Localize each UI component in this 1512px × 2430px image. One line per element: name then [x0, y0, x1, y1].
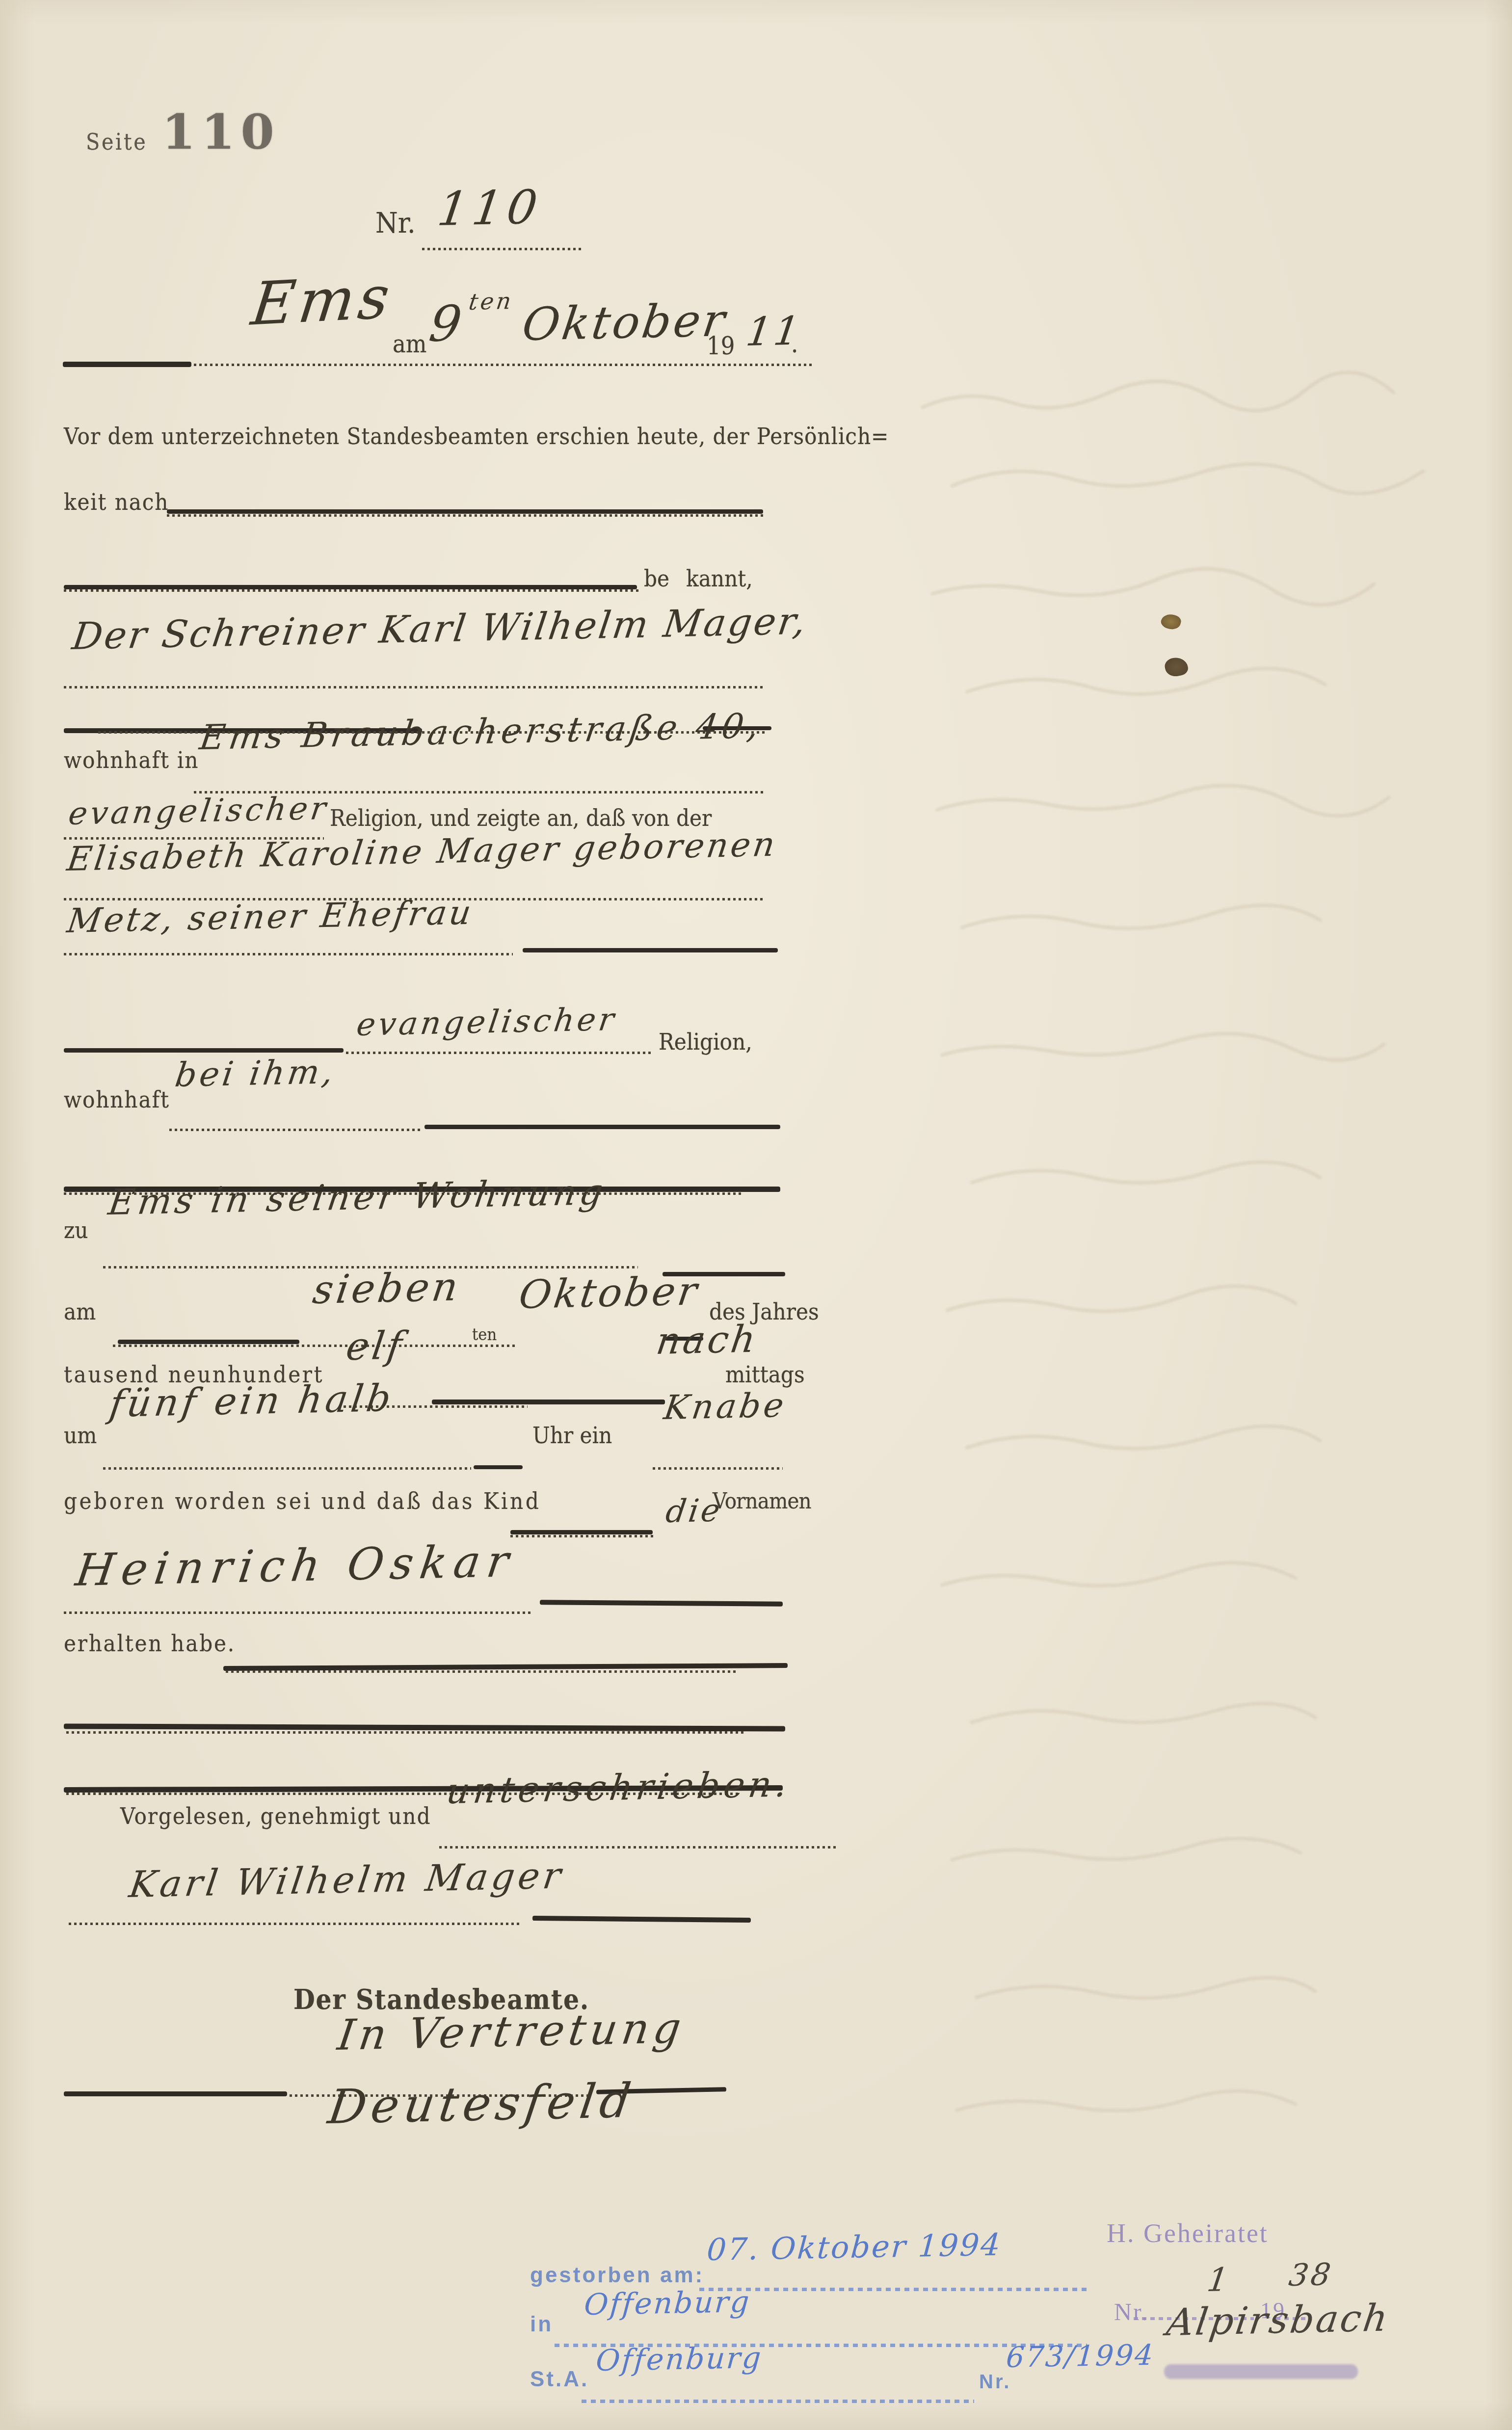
birthplace-entry: Ems in seiner Wohnung — [106, 1171, 609, 1223]
declarant-signature: Karl Wilhelm Mager — [127, 1854, 567, 1906]
dateline-period: . — [791, 330, 798, 358]
mother-line2-rule-bold — [523, 948, 778, 952]
daytime-entry: nach — [654, 1317, 761, 1363]
death-stamp-in-label: in — [530, 2312, 553, 2337]
ink-blot-large — [1164, 656, 1190, 679]
year-rule-bold — [432, 1400, 665, 1404]
child-label: geboren worden sei und daß das Kind — [64, 1488, 541, 1515]
child-sex-dotted — [653, 1467, 783, 1470]
known-word: kannt, — [686, 565, 753, 592]
received-rule-bold — [223, 1663, 788, 1671]
religion2-label: Religion, — [659, 1029, 752, 1056]
declarant-signature-rule — [532, 1916, 751, 1923]
read-approved-label: Vorgelesen, genehmigt und — [120, 1803, 431, 1830]
dateline-month: Oktober — [519, 294, 730, 351]
given-names-dotted — [64, 1611, 532, 1614]
record-number-underline — [422, 248, 582, 250]
time-um-label: um — [64, 1422, 97, 1449]
birthdate-day-entry: sieben — [310, 1264, 464, 1313]
marriage-stamp-nr-label: Nr. — [1114, 2298, 1149, 2326]
known-rule-bold — [64, 585, 637, 589]
known-rule-dotted — [64, 589, 639, 592]
death-stamp-in-value: Offenburg — [583, 2285, 752, 2322]
marriage-stamp-year-value: 38 — [1287, 2256, 1335, 2293]
death-stamp-office-value: Offenburg — [595, 2341, 764, 2378]
mother-entry-line2: Metz, seiner Ehefrau — [65, 893, 476, 941]
identity-rule-dotted — [167, 514, 765, 517]
dateline-am-label: am — [393, 330, 427, 358]
form-intro-line2: keit nach — [64, 489, 169, 516]
declarant-underline — [64, 686, 766, 688]
birthdate-year-entry: elf — [344, 1323, 407, 1369]
time-rule-bold — [474, 1465, 523, 1469]
blank-line-1-dotted — [66, 1731, 743, 1734]
religion2-rule-bold — [64, 1048, 344, 1053]
child-rule-dotted — [510, 1535, 655, 1537]
declarant-signature-dotted — [69, 1923, 520, 1925]
record-number-label: Nr. — [375, 206, 415, 239]
record-number-value: 110 — [434, 180, 545, 237]
child-sex-entry: Knabe — [662, 1386, 789, 1427]
marriage-stamp-title: H. Geheiratet — [1107, 2218, 1269, 2248]
death-stamp-line1-dotted — [699, 2288, 1087, 2291]
birthdate-dotted — [113, 1345, 515, 1347]
mother-entry-line1: Elisabeth Karoline Mager geborenen — [65, 825, 779, 879]
residence2-entry: bei ihm, — [173, 1053, 339, 1095]
blank-line-1 — [64, 1723, 785, 1731]
deputy-rule-bold-left — [64, 2091, 287, 2096]
dateline-year-printed: 19 — [707, 332, 735, 360]
page-label: Seite — [86, 129, 147, 155]
religion2-rule-dotted — [346, 1052, 653, 1054]
death-stamp-line3-dotted — [582, 2400, 974, 2403]
declarant-entry: Der Schreiner Karl Wilhelm Mager, — [70, 599, 811, 658]
mother-line2-underline — [64, 953, 513, 955]
registry-document-page: Seite 110 Nr. 110 Ems am 9 ten Oktober 1… — [0, 0, 1512, 2430]
time-dotted — [103, 1467, 471, 1470]
residence-entry: Ems Braubacherstraße 40, — [197, 706, 765, 758]
dateline-day: 9 — [426, 294, 468, 353]
birthdate-rule-bold — [118, 1340, 299, 1344]
time-uhr-label: Uhr ein — [532, 1422, 612, 1449]
birthdate-day-suffix: ten — [472, 1325, 497, 1345]
dateline-day-suffix: ten — [467, 288, 515, 315]
residence2-label: wohnhaft — [64, 1086, 170, 1113]
religion2-entry: evangelischer — [354, 1002, 619, 1043]
page-number-stamp: 110 — [162, 104, 280, 160]
birthdate-month-entry: Oktober — [516, 1268, 702, 1318]
identity-rule-bold — [167, 509, 763, 514]
registrar-signature: Deutesfeld — [325, 2073, 639, 2135]
death-stamp-died-value: 07. Oktober 1994 — [706, 2226, 1003, 2268]
residence-label: wohnhaft in — [64, 747, 199, 774]
read-approved-dotted — [439, 1846, 837, 1849]
religion1-entry: evangelischer — [66, 791, 331, 832]
known-prefix: be — [644, 565, 669, 592]
death-stamp-nr-value: 673/1994 — [1005, 2338, 1156, 2374]
dateline-rule-dotted — [194, 364, 812, 366]
verso-bleedthrough-texture — [893, 319, 1502, 2184]
read-approved-entry: unterschrieben. — [444, 1763, 794, 1812]
child-rule-bold — [510, 1530, 653, 1534]
deputy-note-entry: In Vertretung — [335, 2004, 688, 2060]
death-stamp-nr-label: Nr. — [979, 2371, 1011, 2393]
given-names-entry: Heinrich Oskar — [73, 1535, 519, 1596]
daytime-label: mittags — [725, 1361, 805, 1388]
given-names-rule-bold — [540, 1600, 783, 1606]
form-intro-line1: Vor dem unterzeichneten Standesbeamten e… — [64, 423, 889, 450]
marriage-stamp-place-value: Alpirsbach — [1164, 2296, 1392, 2344]
birthplace-label: zu — [64, 1217, 88, 1244]
dateline-place: Ems — [248, 263, 397, 339]
residence2-underline-dotted — [169, 1129, 422, 1131]
received-rule-dotted — [226, 1670, 739, 1673]
vornamen-label: Vornamen — [713, 1488, 811, 1514]
ink-blot-small — [1160, 612, 1182, 632]
time-entry: fünf ein halb — [107, 1376, 397, 1426]
marriage-stamp-nr-value: 1 — [1205, 2261, 1233, 2299]
residence2-rule-bold — [424, 1125, 780, 1129]
death-stamp-died-label: gestorben am: — [530, 2263, 704, 2288]
received-label: erhalten habe. — [64, 1630, 236, 1657]
dateline-rule-bold — [63, 362, 191, 367]
marriage-stamp-underline — [1164, 2364, 1358, 2379]
death-stamp-office-label: St.A. — [530, 2367, 589, 2392]
birthdate-am-label: am — [64, 1298, 96, 1325]
